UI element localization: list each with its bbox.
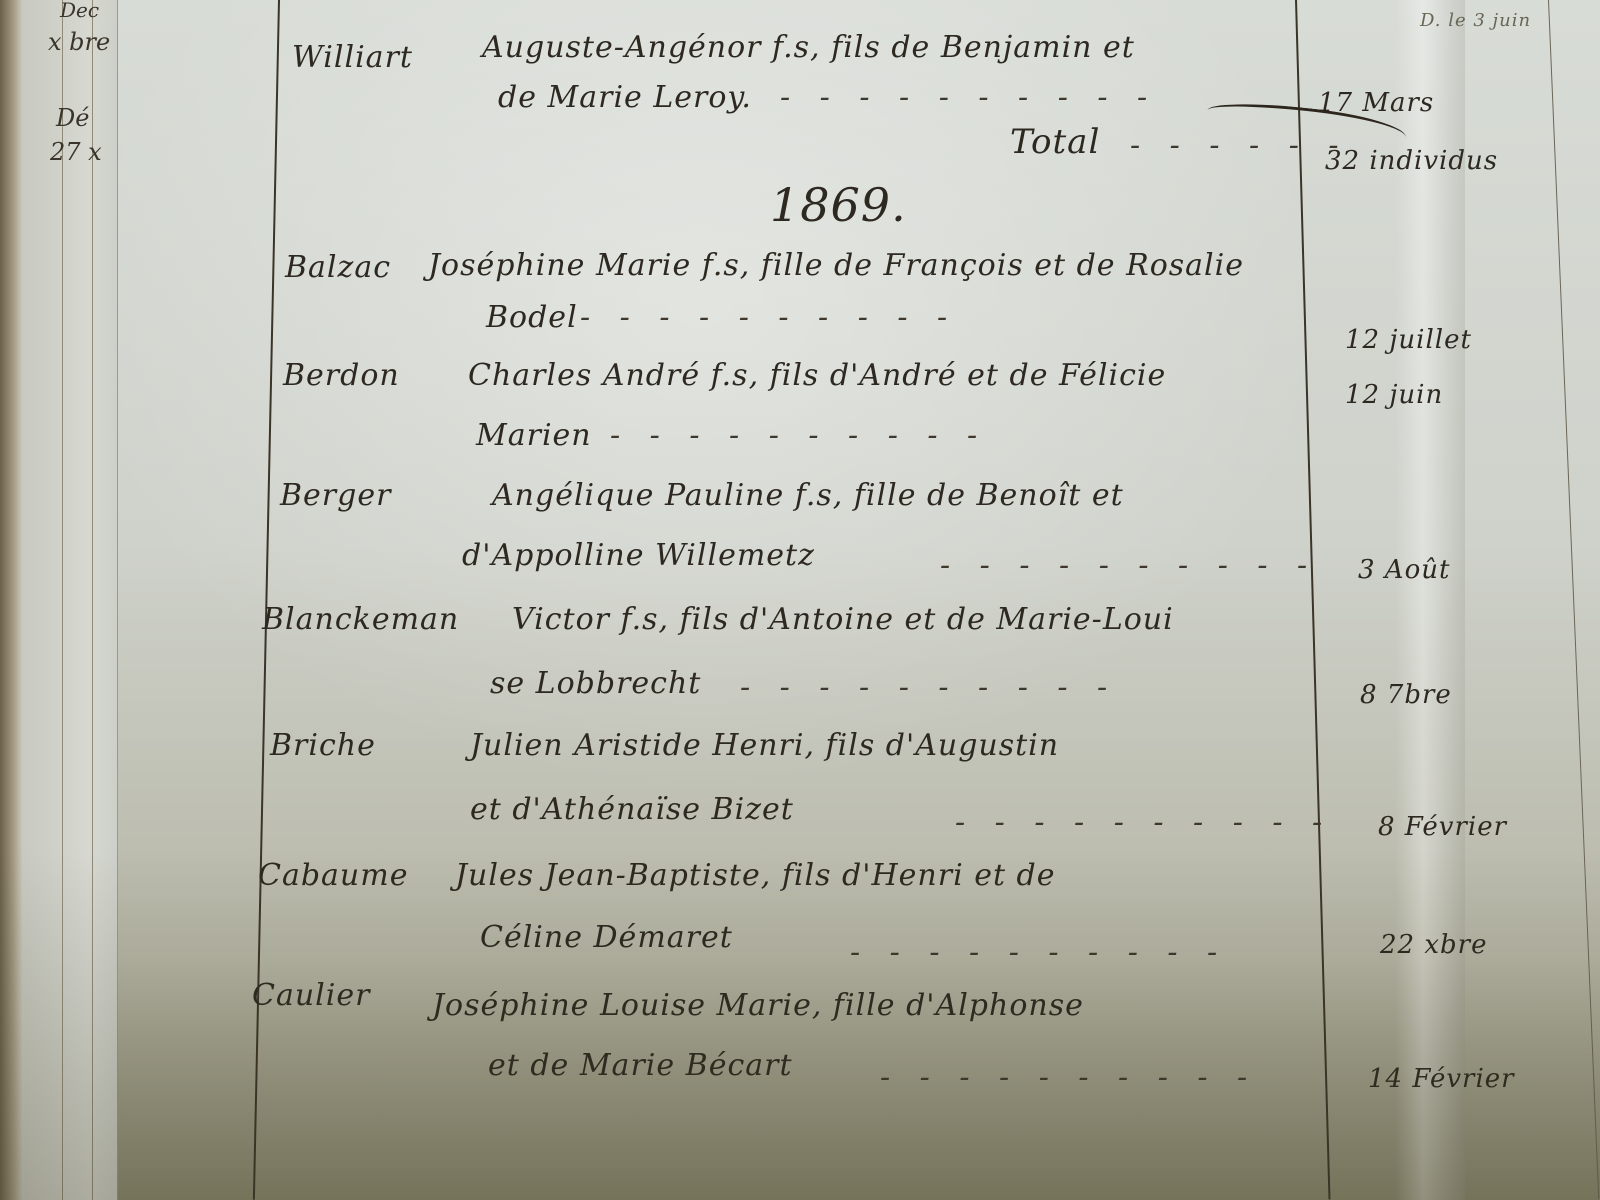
entry-line-1: Julien Aristide Henri, fils d'Augustin bbox=[470, 728, 1059, 763]
entry-surname: Berdon bbox=[283, 358, 400, 393]
margin-note: Dec bbox=[60, 0, 99, 22]
entry-date: 14 Février bbox=[1368, 1064, 1515, 1094]
year-heading: 1869. bbox=[770, 178, 907, 232]
entry-surname: Cabaume bbox=[258, 858, 408, 893]
entry-surname: Caulier bbox=[252, 978, 370, 1013]
dash-fill: - - - - - - - - - - bbox=[580, 300, 957, 335]
margin-note: x bre bbox=[48, 28, 110, 56]
margin-note: 27 x bbox=[50, 138, 102, 166]
dash-fill: - - - - - - - - - - bbox=[955, 805, 1332, 840]
book-spine bbox=[0, 0, 22, 1200]
entry-date: 3 Août bbox=[1358, 555, 1450, 585]
entry-line-2: de Marie Leroy. bbox=[498, 80, 752, 115]
entry-date: 22 xbre bbox=[1380, 930, 1487, 960]
entry-date: 12 juin bbox=[1345, 380, 1443, 410]
dash-fill: - - - - - - - - - - bbox=[880, 1060, 1257, 1095]
entry-line-1: Jules Jean-Baptiste, fils d'Henri et de bbox=[455, 858, 1056, 893]
entry-line-2: et d'Athénaïse Bizet bbox=[470, 792, 794, 827]
dash-fill: - - - - - - - - - - bbox=[940, 548, 1317, 583]
stacked-page-edges bbox=[22, 0, 118, 1200]
dash-fill: - - - - - - - - - - bbox=[850, 935, 1227, 970]
dash-fill: - - - - - - bbox=[1130, 128, 1349, 163]
total-value: 32 individus bbox=[1325, 146, 1498, 176]
margin-note: Dé bbox=[56, 104, 89, 132]
entry-surname: Berger bbox=[280, 478, 391, 513]
entry-line-2: d'Appolline Willemetz bbox=[462, 538, 815, 573]
entry-surname: Blanckeman bbox=[262, 602, 459, 637]
entry-date: 12 juillet bbox=[1345, 325, 1472, 355]
page-edge-line bbox=[62, 0, 63, 1200]
dash-fill: - - - - - - - - - - bbox=[740, 670, 1117, 705]
entry-line-2: Céline Démaret bbox=[480, 920, 733, 955]
right-edge-note: D. le 3 juin bbox=[1420, 10, 1531, 31]
page-curl-shadow bbox=[1395, 0, 1465, 1200]
entry-line-2: Marien bbox=[476, 418, 592, 453]
entry-date: 8 Février bbox=[1378, 812, 1507, 842]
entry-date: 8 7bre bbox=[1360, 680, 1452, 710]
entry-surname: Williart bbox=[292, 40, 413, 75]
entry-line-1: Joséphine Louise Marie, fille d'Alphonse bbox=[432, 988, 1084, 1023]
dash-fill: - - - - - - - - - - bbox=[780, 80, 1157, 115]
page-edge-line bbox=[92, 0, 93, 1200]
entry-line-1: Auguste-Angénor f.s, fils de Benjamin et bbox=[482, 30, 1135, 65]
entry-line-1: Joséphine Marie f.s, fille de François e… bbox=[428, 248, 1244, 283]
entry-line-2: et de Marie Bécart bbox=[488, 1048, 793, 1083]
entry-line-2: se Lobbrecht bbox=[490, 666, 701, 701]
dash-fill: - - - - - - - - - - bbox=[610, 418, 987, 453]
entry-line-2: Bodel bbox=[486, 300, 578, 335]
entry-line-1: Charles André f.s, fils d'André et de Fé… bbox=[468, 358, 1166, 393]
entry-line-1: Angélique Pauline f.s, fille de Benoît e… bbox=[492, 478, 1124, 513]
entry-surname: Briche bbox=[270, 728, 376, 763]
entry-line-1: Victor f.s, fils d'Antoine et de Marie-L… bbox=[512, 602, 1174, 637]
total-label: Total bbox=[1010, 122, 1100, 162]
entry-surname: Balzac bbox=[285, 250, 391, 285]
